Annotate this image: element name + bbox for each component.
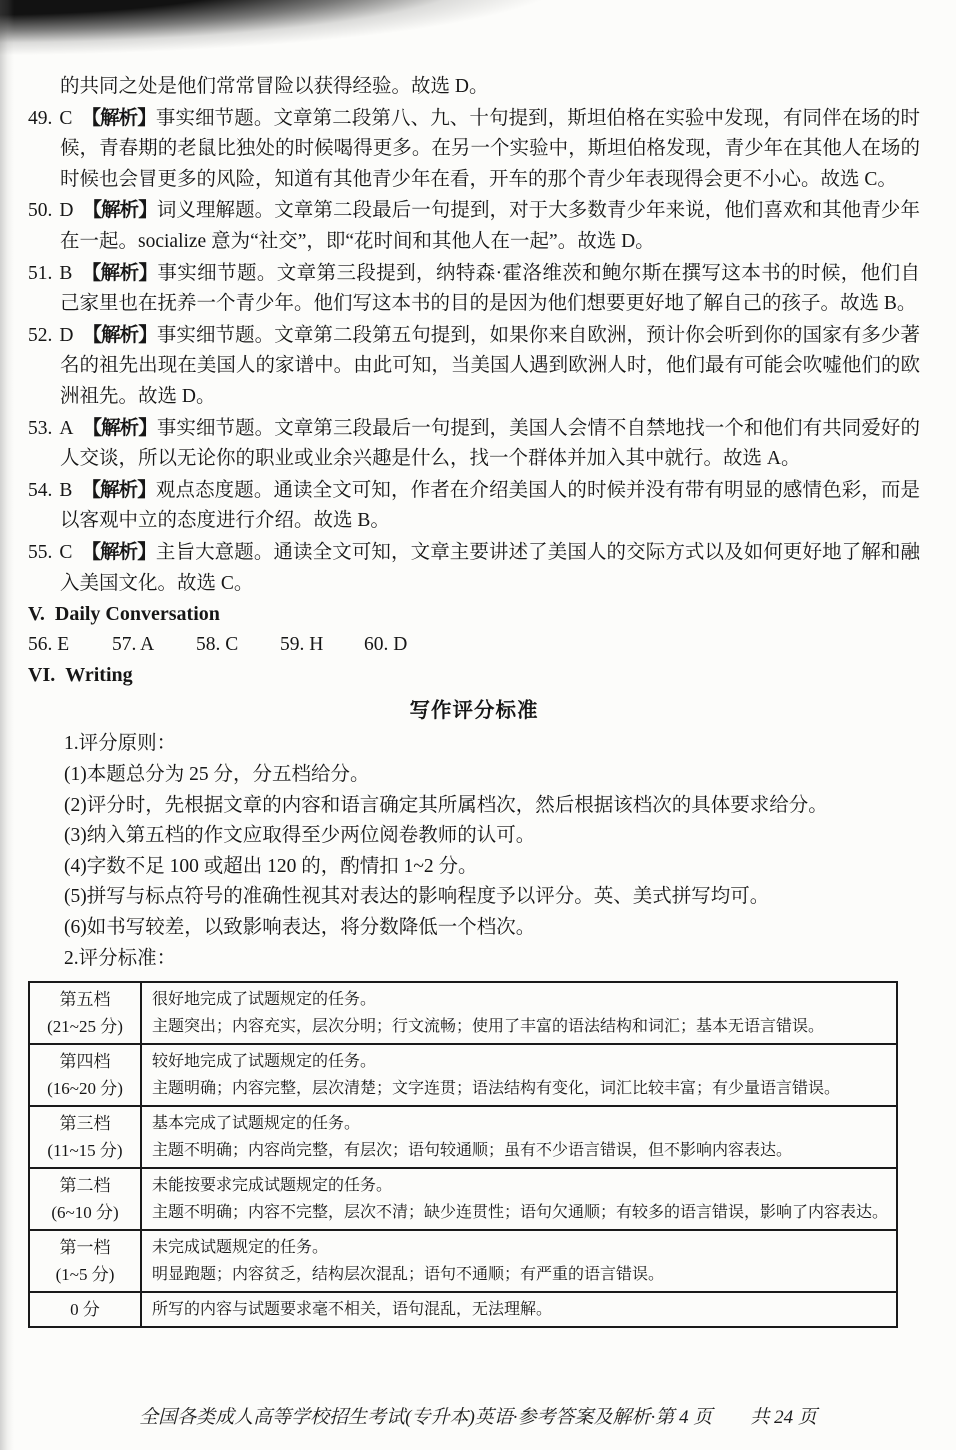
answer-letter: C (59, 108, 72, 129)
answer-letter: B (59, 480, 72, 501)
question-num-text: 55. (28, 542, 52, 563)
analysis-text: 事实细节题。文章第三段最后一句提到，美国人会情不自禁地找一个和他们有共同爱好的人… (60, 418, 920, 470)
footer-total-pages: 共 24 页 (750, 1407, 817, 1428)
criteria-row-0: 0 分 所写的内容与试题要求毫不相关，语句混乱，无法理解。 (29, 1292, 897, 1327)
criteria-row-2: 第二档(6~10 分) 未能按要求完成试题规定的任务。主题不明确；内容不完整，层… (29, 1168, 897, 1230)
answer-letter: D (59, 325, 73, 346)
principle-item: (4)字数不足 100 或超出 120 的，酌情扣 1~2 分。 (64, 852, 920, 883)
level-range: (11~15 分) (32, 1137, 138, 1164)
level-name: 第三档 (32, 1110, 138, 1137)
page-content: 的共同之处是他们常常冒险以获得经验。故选 D。 49.C【解析】事实细节题。文章… (28, 72, 920, 1328)
principle-item: (3)纳入第五档的作文应取得至少两位阅卷教师的认可。 (64, 821, 920, 852)
section-title: Writing (65, 664, 132, 686)
principle-item: (2)评分时，先根据文章的内容和语言确定其所属档次，然后根据该档次的具体要求给分… (64, 791, 920, 822)
question-number: 52.D (28, 325, 73, 346)
criteria-line: 较好地完成了试题规定的任务。 (152, 1048, 890, 1075)
level-range: (21~25 分) (32, 1013, 138, 1040)
criteria-line: 基本完成了试题规定的任务。 (152, 1110, 890, 1137)
level-cell: 第三档(11~15 分) (29, 1106, 141, 1168)
answer-item-49: 49.C【解析】事实细节题。文章第二段第八、九、十句提到，斯坦伯格在实验中发现，… (28, 103, 920, 196)
criteria-line: 主题突出；内容充实，层次分明；行文流畅；使用了丰富的语法结构和词汇；基本无语言错… (152, 1013, 890, 1040)
question-num-text: 54. (28, 480, 52, 501)
answer-letter: C (59, 542, 72, 563)
principles-heading: 1.评分原则： (64, 729, 920, 760)
criteria-row-1: 第一档(1~5 分) 未完成试题规定的任务。明显跑题；内容贫乏，结构层次混乱；语… (29, 1230, 897, 1292)
answer-item-51: 51.B【解析】事实细节题。文章第三段提到，纳特森·霍洛维茨和鲍尔斯在撰写这本书… (28, 258, 920, 320)
description-cell: 所写的内容与试题要求毫不相关，语句混乱，无法理解。 (141, 1292, 897, 1327)
level-name: 第五档 (32, 986, 138, 1013)
principle-item: (6)如书写较差，以致影响表达，将分数降低一个档次。 (64, 913, 920, 944)
answer-letter: A (59, 418, 73, 439)
section-writing: VI.Writing (28, 660, 920, 691)
criteria-line: 主题不明确；内容尚完整，有层次；语句较通顺；虽有不少语言错误，但不影响内容表达。 (152, 1137, 890, 1164)
analysis-tag: 【解析】 (81, 262, 157, 284)
criteria-row-5: 第五档(21~25 分) 很好地完成了试题规定的任务。主题突出；内容充实，层次分… (29, 982, 897, 1044)
description-cell: 未能按要求完成试题规定的任务。主题不明确；内容不完整，层次不清；缺少连贯性；语句… (141, 1168, 897, 1230)
criteria-line: 所写的内容与试题要求毫不相关，语句混乱，无法理解。 (152, 1296, 890, 1323)
question-number: 50.D (28, 200, 73, 221)
analysis-tag: 【解析】 (82, 417, 156, 439)
description-cell: 较好地完成了试题规定的任务。主题明确；内容完整，层次清楚；文字连贯；语法结构有变… (141, 1044, 897, 1106)
analysis-text: 事实细节题。文章第二段第五句提到，如果你来自欧洲，预计你会听到你的国家有多少著名… (60, 325, 920, 407)
answer-pair: 60. D (364, 630, 448, 661)
criteria-row-4: 第四档(16~20 分) 较好地完成了试题规定的任务。主题明确；内容完整，层次清… (29, 1044, 897, 1106)
principle-item: (5)拼写与标点符号的准确性视其对表达的影响程度予以评分。英、美式拼写均可。 (64, 882, 920, 913)
criteria-row-3: 第三档(11~15 分) 基本完成了试题规定的任务。主题不明确；内容尚完整，有层… (29, 1106, 897, 1168)
level-cell: 0 分 (29, 1292, 141, 1327)
criteria-heading: 2.评分标准： (64, 944, 920, 975)
scan-shadow-top (0, 0, 700, 62)
level-name: 第二档 (32, 1172, 138, 1199)
answer-item-52: 52.D【解析】事实细节题。文章第二段第五句提到，如果你来自欧洲，预计你会听到你… (28, 320, 920, 413)
scoring-criteria-table: 第五档(21~25 分) 很好地完成了试题规定的任务。主题突出；内容充实，层次分… (28, 981, 898, 1328)
footer-text: 全国各类成人高等学校招生考试(专升本)英语·参考答案及解析·第 4 页 (139, 1407, 712, 1428)
answer-pair: 57. A (112, 630, 196, 661)
level-cell: 第四档(16~20 分) (29, 1044, 141, 1106)
question-number: 49.C (28, 108, 72, 129)
section-title: Daily Conversation (55, 603, 220, 625)
answer-item-54: 54.B【解析】观点态度题。通读全文可知，作者在介绍美国人的时候并没有带有明显的… (28, 475, 920, 537)
criteria-line: 主题明确；内容完整，层次清楚；文字连贯；语法结构有变化，词汇比较丰富；有少量语言… (152, 1075, 890, 1102)
level-name: 第一档 (32, 1234, 138, 1261)
criteria-line: 明显跑题；内容贫乏，结构层次混乱；语句不通顺；有严重的语言错误。 (152, 1261, 890, 1288)
scan-shadow-left (0, 0, 14, 1450)
criteria-line: 很好地完成了试题规定的任务。 (152, 986, 890, 1013)
question-number: 53.A (28, 418, 73, 439)
level-name: 0 分 (32, 1296, 138, 1323)
writing-rubric-title: 写作评分标准 (28, 696, 920, 727)
level-cell: 第五档(21~25 分) (29, 982, 141, 1044)
level-cell: 第二档(6~10 分) (29, 1168, 141, 1230)
analysis-text: 主旨大意题。通读全文可知，文章主要讲述了美国人的交际方式以及如何更好地了解和融入… (60, 542, 920, 594)
description-cell: 基本完成了试题规定的任务。主题不明确；内容尚完整，有层次；语句较通顺；虽有不少语… (141, 1106, 897, 1168)
question-num-text: 49. (28, 108, 52, 129)
section-numeral: V. (28, 603, 45, 625)
question-num-text: 53. (28, 418, 52, 439)
answer-pair: 56. E (28, 630, 112, 661)
analysis-tag: 【解析】 (81, 107, 155, 129)
answer-item-55: 55.C【解析】主旨大意题。通读全文可知，文章主要讲述了美国人的交际方式以及如何… (28, 537, 920, 599)
scoring-principles: 1.评分原则： (1)本题总分为 25 分，分五档给分。 (2)评分时，先根据文… (64, 729, 920, 974)
question-number: 54.B (28, 480, 72, 501)
question-num-text: 52. (28, 325, 52, 346)
analysis-text: 事实细节题。文章第二段第八、九、十句提到，斯坦伯格在实验中发现，有同伴在场的时候… (60, 108, 920, 190)
level-name: 第四档 (32, 1048, 138, 1075)
analysis-tag: 【解析】 (82, 199, 156, 221)
description-cell: 很好地完成了试题规定的任务。主题突出；内容充实，层次分明；行文流畅；使用了丰富的… (141, 982, 897, 1044)
analysis-text: 词义理解题。文章第二段最后一句提到，对于大多数青少年来说，他们喜欢和其他青少年在… (60, 200, 920, 252)
answer-letter: D (59, 200, 73, 221)
question-number: 55.C (28, 542, 72, 563)
analysis-tag: 【解析】 (82, 324, 156, 346)
continuation-line: 的共同之处是他们常常冒险以获得经验。故选 D。 (28, 72, 920, 103)
page-footer: 全国各类成人高等学校招生考试(专升本)英语·参考答案及解析·第 4 页共 24 … (0, 1402, 956, 1429)
level-range: (16~20 分) (32, 1075, 138, 1102)
analysis-tag: 【解析】 (81, 541, 155, 563)
level-range: (6~10 分) (32, 1199, 138, 1226)
answer-pair: 58. C (196, 630, 280, 661)
scanned-answer-page: 的共同之处是他们常常冒险以获得经验。故选 D。 49.C【解析】事实细节题。文章… (0, 0, 956, 1450)
analysis-text: 事实细节题。文章第三段提到，纳特森·霍洛维茨和鲍尔斯在撰写这本书的时候，他们自己… (60, 263, 920, 315)
description-cell: 未完成试题规定的任务。明显跑题；内容贫乏，结构层次混乱；语句不通顺；有严重的语言… (141, 1230, 897, 1292)
question-number: 51.B (28, 263, 72, 284)
principle-item: (1)本题总分为 25 分，分五档给分。 (64, 760, 920, 791)
answer-letter: B (59, 263, 72, 284)
section-daily-conversation: V.Daily Conversation (28, 599, 920, 630)
question-num-text: 50. (28, 200, 52, 221)
analysis-text: 观点态度题。通读全文可知，作者在介绍美国人的时候并没有带有明显的感情色彩，而是以… (60, 480, 920, 532)
level-cell: 第一档(1~5 分) (29, 1230, 141, 1292)
daily-conversation-answers: 56. E57. A58. C59. H60. D (28, 630, 920, 661)
answer-pair: 59. H (280, 630, 364, 661)
criteria-line: 主题不明确；内容不完整，层次不清；缺少连贯性；语句欠通顺；有较多的语言错误，影响… (152, 1199, 890, 1226)
section-numeral: VI. (28, 664, 55, 686)
answer-item-53: 53.A【解析】事实细节题。文章第三段最后一句提到，美国人会情不自禁地找一个和他… (28, 413, 920, 475)
answer-item-50: 50.D【解析】词义理解题。文章第二段最后一句提到，对于大多数青少年来说，他们喜… (28, 195, 920, 257)
criteria-line: 未能按要求完成试题规定的任务。 (152, 1172, 890, 1199)
level-range: (1~5 分) (32, 1261, 138, 1288)
question-num-text: 51. (28, 263, 52, 284)
criteria-line: 未完成试题规定的任务。 (152, 1234, 890, 1261)
analysis-tag: 【解析】 (81, 479, 155, 501)
